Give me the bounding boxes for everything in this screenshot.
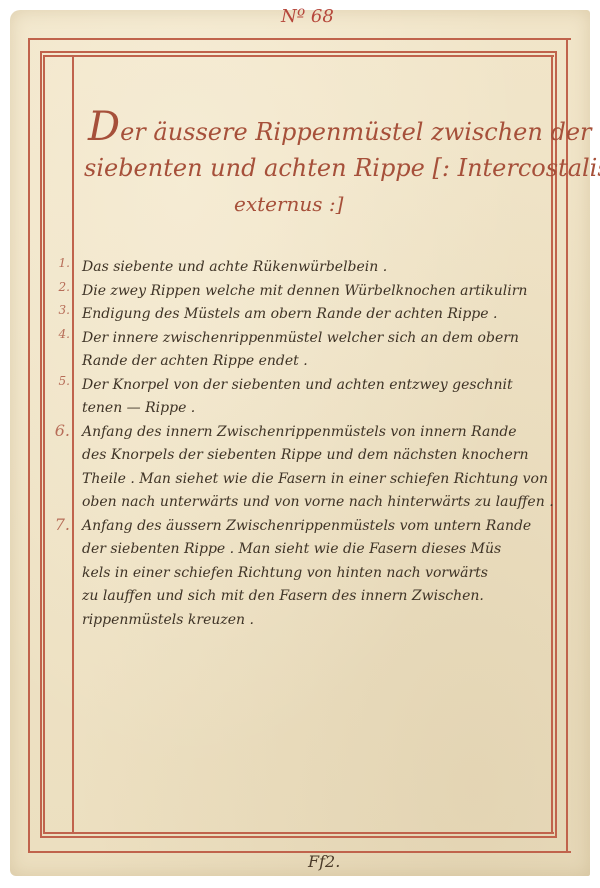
item-text-line: Rande der achten Rippe endet . [82, 350, 555, 374]
frame-outer-top [28, 38, 571, 40]
frame-inner-top-b [43, 55, 554, 57]
title-line-1-text: er äussere Rippenmüstel zwischen der [120, 118, 591, 146]
legend-item-3: 3. Endigung des Müstels am obern Rande d… [30, 303, 555, 327]
item-text-line: Das siebente und achte Rükenwürbelbein . [82, 256, 555, 280]
legend-item-7: 7. Anfang des äussern Zwischenrippenmüst… [30, 515, 555, 633]
item-text-line: zu lauffen und sich mit den Fasern des i… [82, 585, 555, 609]
item-text-line: Die zwey Rippen welche mit dennen Würbel… [82, 280, 555, 304]
item-text-line: Anfang des äussern Zwischenrippenmüstels… [82, 515, 555, 539]
item-text-line: Der innere zwischenrippenmüstel welcher … [82, 327, 555, 351]
legend-list: 1. Das siebente und achte Rükenwürbelbei… [30, 256, 555, 632]
title-line-3: externus :] [234, 186, 554, 222]
item-text-line: Anfang des innern Zwischenrippenmüstels … [82, 421, 555, 445]
item-number: 1. [30, 256, 70, 270]
item-number: 3. [30, 303, 70, 317]
title-line-1: Der äussere Rippenmüstel zwischen der [88, 112, 554, 150]
folio-signature: Ff2. [308, 852, 340, 871]
item-text-line: tenen — Rippe . [82, 397, 555, 421]
frame-outer-bottom [28, 851, 571, 853]
legend-item-1: 1. Das siebente und achte Rükenwürbelbei… [30, 256, 555, 280]
legend-item-2: 2. Die zwey Rippen welche mit dennen Wür… [30, 280, 555, 304]
item-number: 5. [30, 374, 70, 388]
item-number: 2. [30, 280, 70, 294]
item-text-line: Endigung des Müstels am obern Rande der … [82, 303, 555, 327]
item-text-line: Theile . Man siehet wie die Fasern in ei… [82, 468, 555, 492]
item-text-line: des Knorpels der siebenten Rippe und dem… [82, 444, 555, 468]
frame-inner-bottom-a [43, 832, 554, 834]
frame-inner-bottom-b [40, 836, 557, 838]
item-number: 7. [30, 515, 70, 534]
item-text-line: kels in einer schiefen Richtung von hint… [82, 562, 555, 586]
item-number: 4. [30, 327, 70, 341]
item-text-line: rippenmüstels kreuzen . [82, 609, 555, 633]
item-text-line: der siebenten Rippe . Man sieht wie die … [82, 538, 555, 562]
item-number: 6. [30, 421, 70, 440]
page-title: Der äussere Rippenmüstel zwischen der si… [84, 112, 554, 222]
legend-item-5: 5. Der Knorpel von der siebenten und ach… [30, 374, 555, 421]
frame-inner-top-a [40, 51, 557, 53]
legend-item-4: 4. Der innere zwischenrippenmüstel welch… [30, 327, 555, 374]
item-text-line: oben nach unterwärts und von vorne nach … [82, 491, 555, 515]
legend-item-6: 6. Anfang des innern Zwischenrippenmüste… [30, 421, 555, 515]
title-dropcap: D [88, 104, 120, 150]
title-line-2: siebenten und achten Rippe [: Intercosta… [84, 150, 554, 186]
item-text-line: Der Knorpel von der siebenten und achten… [82, 374, 555, 398]
page-number-label: Nº 68 [281, 6, 334, 27]
